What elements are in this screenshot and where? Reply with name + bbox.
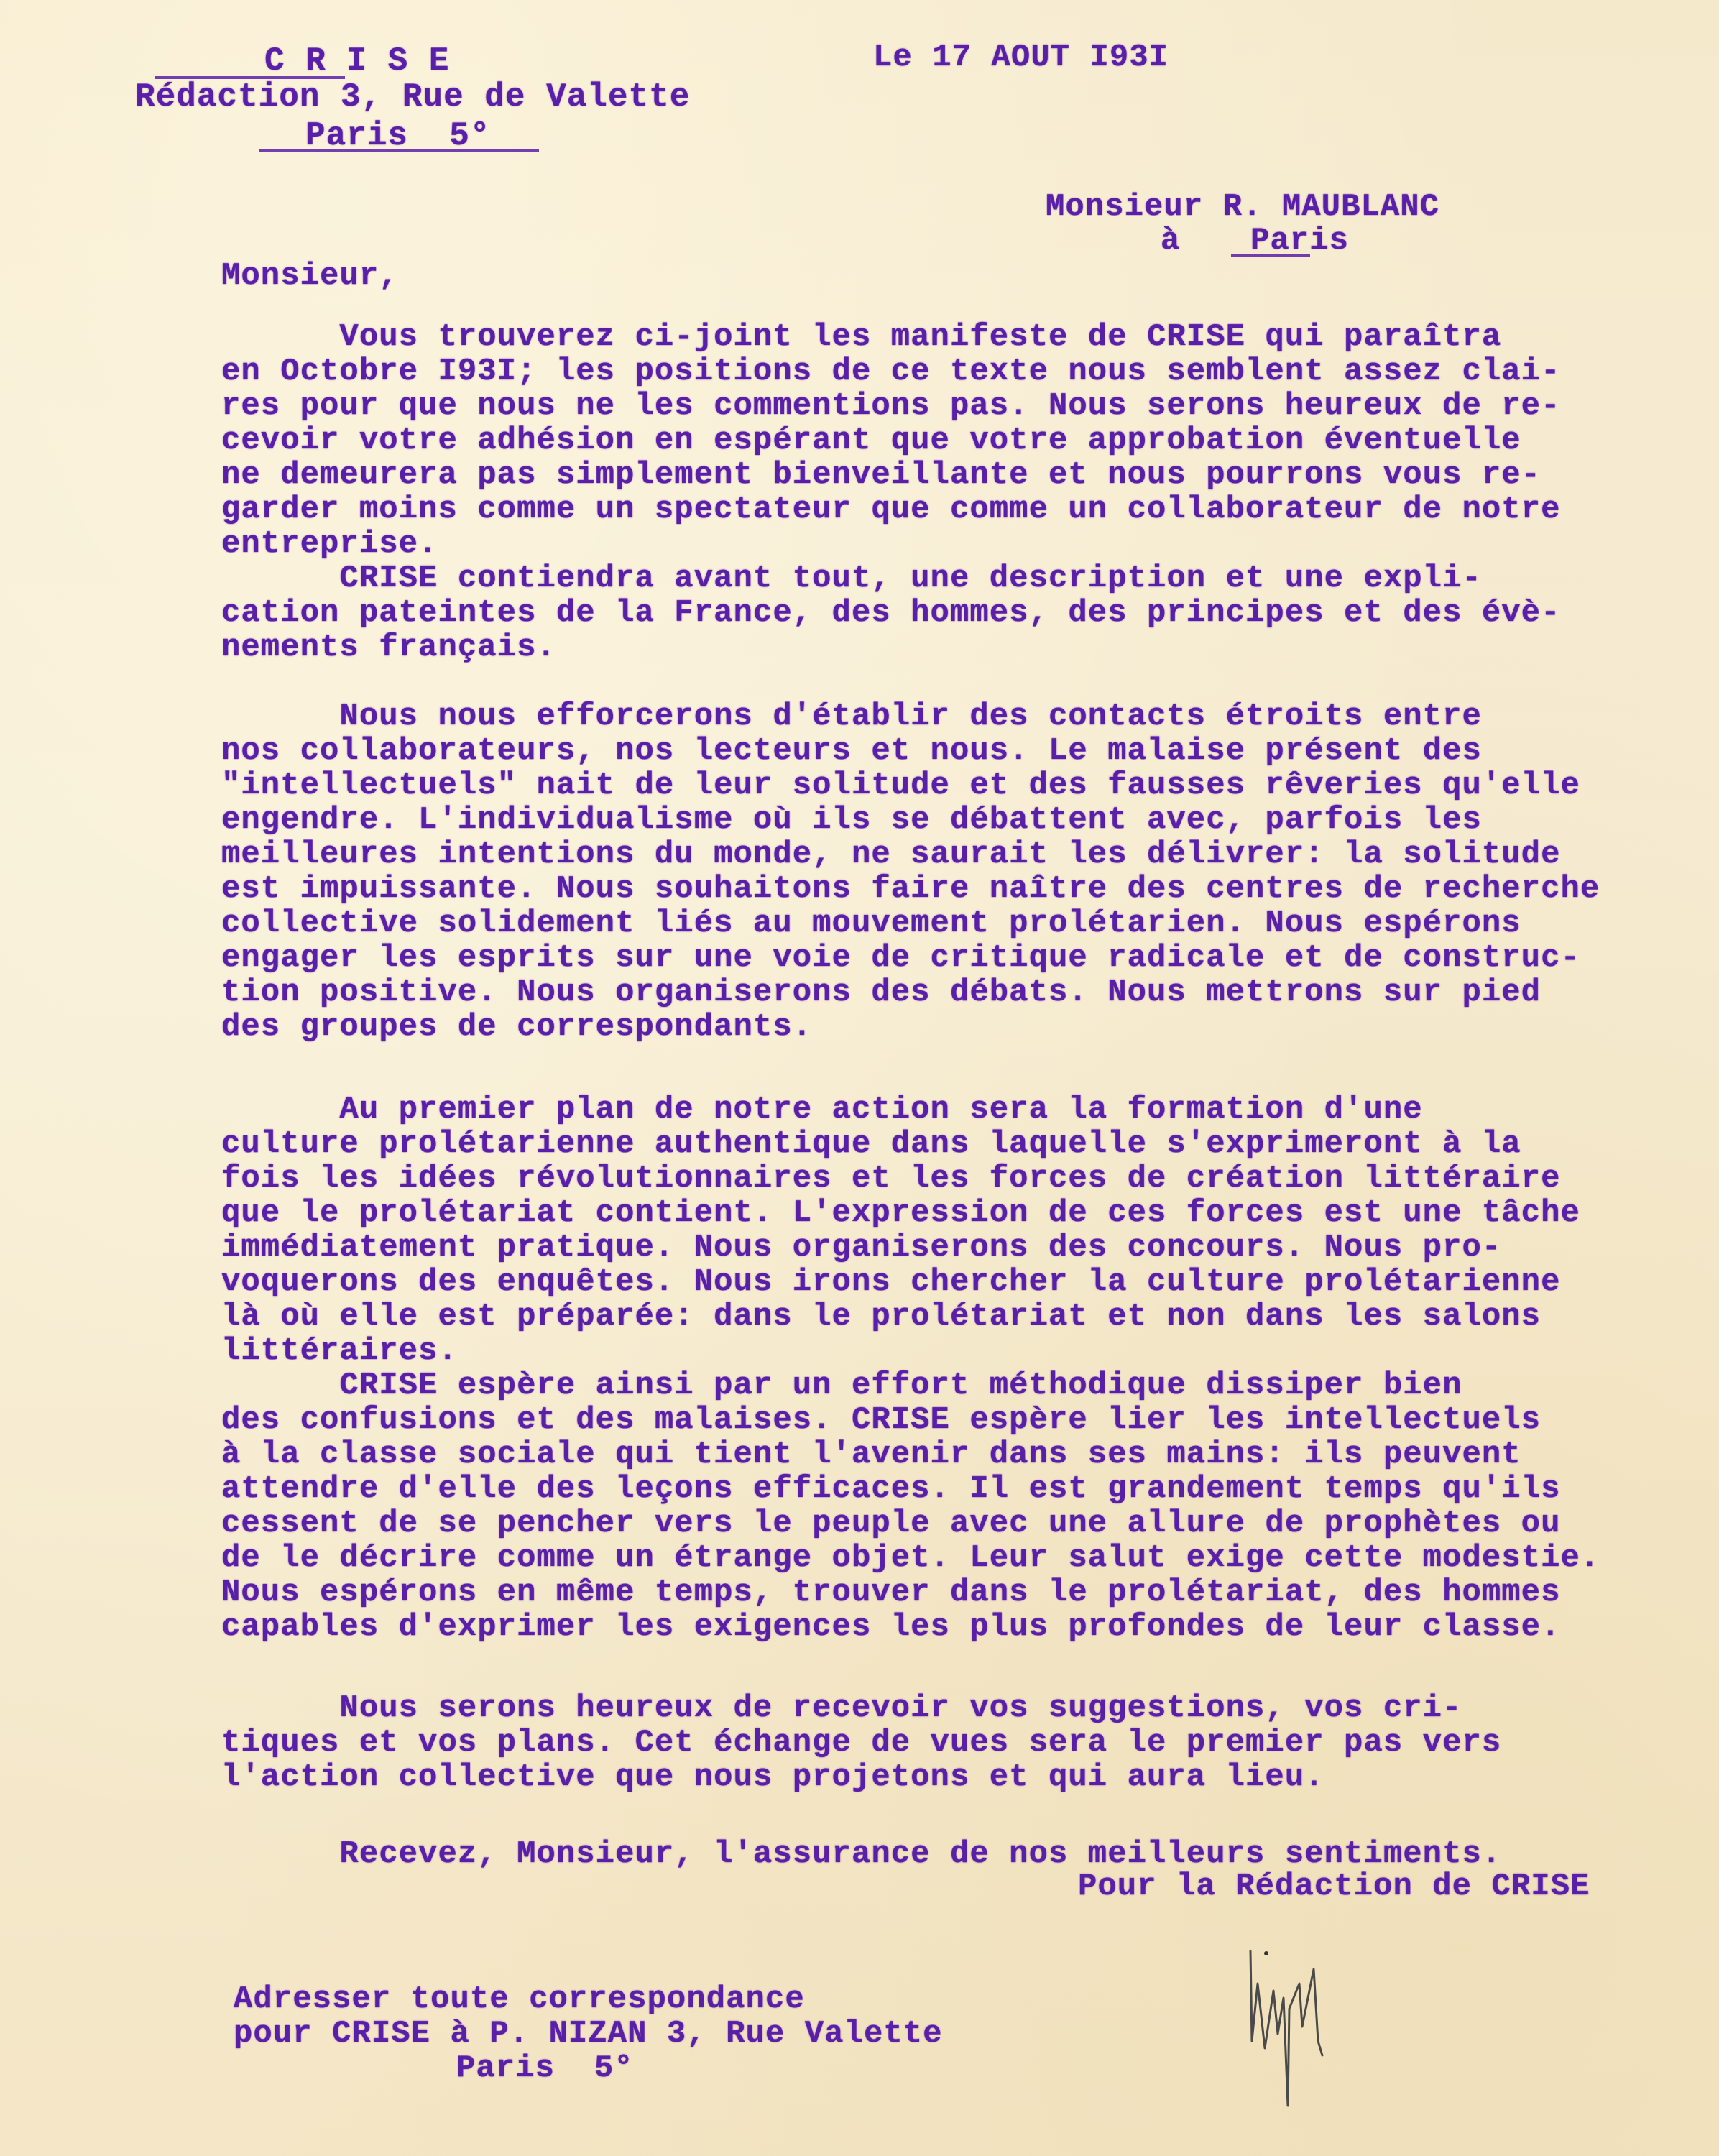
body-line: engendre. L'individualisme où ils se déb… <box>221 804 1482 836</box>
body-line: culture prolétarienne authentique dans l… <box>221 1128 1521 1160</box>
body-line: collective solidement liés au mouvement … <box>221 908 1521 939</box>
body-line: Nous espérons en même temps, trouver dan… <box>221 1577 1561 1608</box>
body-line: meilleures intentions du monde, ne saura… <box>221 839 1561 870</box>
body-line: tion positive. Nous organiserons des déb… <box>221 977 1541 1008</box>
body-line: des groupes de correspondants. <box>221 1011 812 1043</box>
handwritten-signature-icon <box>1236 1940 1423 2113</box>
body-line: littéraires. <box>221 1335 458 1367</box>
footer-line-3: Paris 5° <box>456 2053 634 2084</box>
body-line: cevoir votre adhésion en espérant que vo… <box>221 425 1521 456</box>
body-line: tiques et vos plans. Cet échange de vues… <box>221 1727 1501 1759</box>
body-line: nos collaborateurs, nos lecteurs et nous… <box>221 735 1482 767</box>
body-line: est impuissante. Nous souhaitons faire n… <box>221 873 1600 905</box>
body-line: Nous nous efforcerons d'établir des cont… <box>221 701 1482 732</box>
footer-line-1: Adresser toute correspondance <box>234 1984 805 2015</box>
body-line: garder moins comme un spectateur que com… <box>221 494 1561 525</box>
body-line: cessent de se pencher vers le peuple ave… <box>221 1508 1561 1539</box>
body-line: Nous serons heureux de recevoir vos sugg… <box>221 1692 1462 1724</box>
body-line: fois les idées révolutionnaires et les f… <box>221 1163 1561 1194</box>
body-line: des confusions et des malaises. CRISE es… <box>221 1404 1541 1436</box>
closing-line: Pour la Rédaction de CRISE <box>1078 1871 1590 1902</box>
footer-line-2: pour CRISE à P. NIZAN 3, Rue Valette <box>234 2018 943 2050</box>
letter-page: C R I S E Rédaction 3, Rue de Valette Pa… <box>0 0 1719 2156</box>
body-line: Recevez, Monsieur, l'assurance de nos me… <box>221 1838 1501 1870</box>
body-line: Au premier plan de notre action sera la … <box>221 1094 1423 1125</box>
body-line: en Octobre I93I; les positions de ce tex… <box>221 356 1561 387</box>
body-line: là où elle est préparée: dans le proléta… <box>221 1301 1541 1332</box>
body-line: attendre d'elle des leçons efficaces. Il… <box>221 1473 1561 1505</box>
body-line: nements français. <box>221 632 556 663</box>
body-line: "intellectuels" nait de leur solitude et… <box>221 770 1580 801</box>
body-line: voquerons des enquêtes. Nous irons cherc… <box>221 1266 1561 1298</box>
body-line: Vous trouverez ci-joint les manifeste de… <box>221 321 1501 353</box>
letter-body: Vous trouverez ci-joint les manifeste de… <box>221 0 1716 2156</box>
body-line: que le prolétariat contient. L'expressio… <box>221 1197 1580 1229</box>
body-line: cation pateintes de la France, des homme… <box>221 597 1561 629</box>
body-line: de le décrire comme un étrange objet. Le… <box>221 1542 1600 1574</box>
body-line: CRISE espère ainsi par un effort méthodi… <box>221 1370 1462 1401</box>
body-line: CRISE contiendra avant tout, une descrip… <box>221 563 1482 594</box>
body-line: entreprise. <box>221 528 438 560</box>
body-line: engager les esprits sur une voie de crit… <box>221 942 1580 974</box>
body-line: ne demeurera pas simplement bienveillant… <box>221 459 1541 491</box>
body-line: l'action collective que nous projetons e… <box>221 1761 1324 1793</box>
body-line: res pour que nous ne les commentions pas… <box>221 390 1561 422</box>
body-line: immédiatement pratique. Nous organiseron… <box>221 1232 1501 1263</box>
body-line: à la classe sociale qui tient l'avenir d… <box>221 1439 1521 1470</box>
body-line: capables d'exprimer les exigences les pl… <box>221 1611 1561 1643</box>
